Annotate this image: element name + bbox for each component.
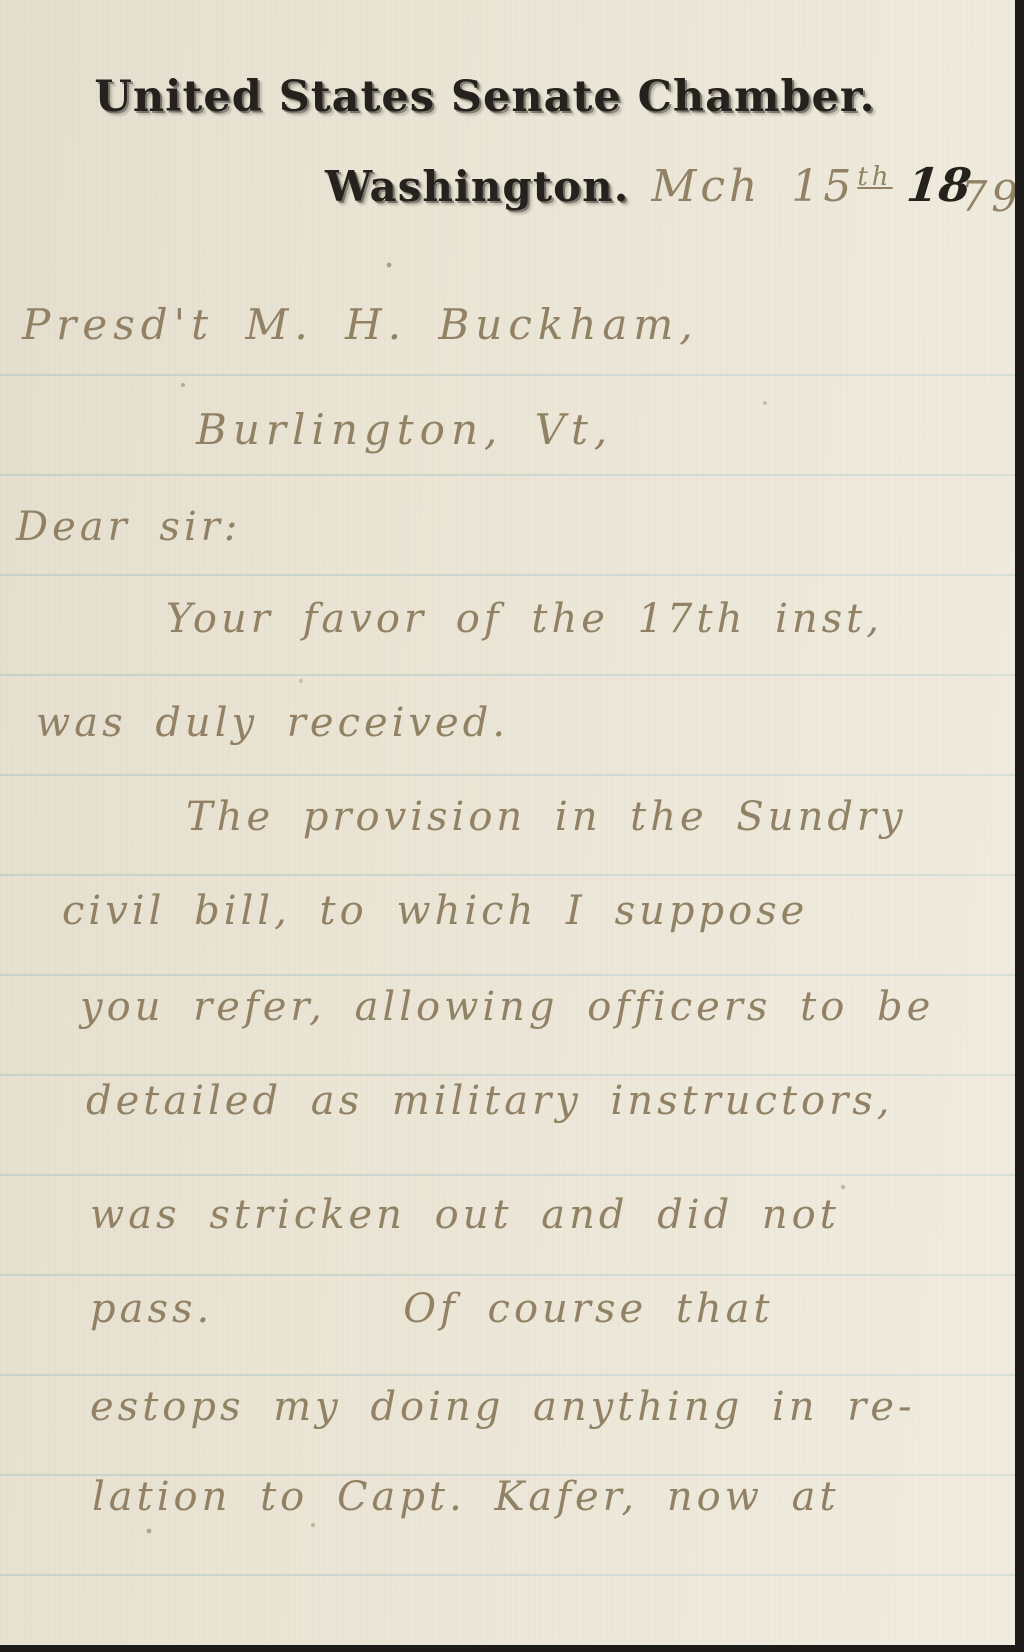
date-ordinal: th (857, 162, 892, 192)
letter-line: estops my doing anything in re- (90, 1384, 916, 1430)
date-month-day: Mch 15 (651, 161, 855, 212)
letter-line-segment: Of course that (403, 1286, 773, 1332)
letter-page: United States Senate Chamber. Washington… (0, 0, 1024, 1652)
letterhead-dateline: Washington. Mch 15 th 18 79, (325, 158, 1024, 212)
recipient-place: Burlington, Vt, (196, 405, 613, 454)
letterhead-city: Washington. (325, 162, 629, 211)
letter-line: was stricken out and did not (90, 1192, 840, 1238)
letter-line: civil bill, to which I suppose (62, 888, 808, 934)
letter-line: The provision in the Sundry (186, 794, 907, 840)
letter-line: Your favor of the 17th inst, (166, 596, 883, 642)
letter-line: lation to Capt. Kafer, now at (92, 1474, 840, 1520)
letter-line: was duly received. (36, 700, 509, 746)
salutation: Dear sir: (16, 504, 241, 550)
letter-line-segment: pass. (90, 1286, 213, 1332)
ruled-lines (0, 276, 1015, 1645)
letter-line: detailed as military instructors, (86, 1078, 894, 1124)
letter-line: pass.Of course that (90, 1286, 774, 1332)
scan-edge-bottom (0, 1645, 1024, 1652)
scan-edge-right (1015, 0, 1024, 1652)
paper-specks (0, 0, 2, 2)
letterhead-title: United States Senate Chamber. (0, 72, 1024, 122)
recipient-name: Presd't M. H. Buckham, (22, 300, 699, 349)
letter-line: you refer, allowing officers to be (80, 984, 934, 1030)
